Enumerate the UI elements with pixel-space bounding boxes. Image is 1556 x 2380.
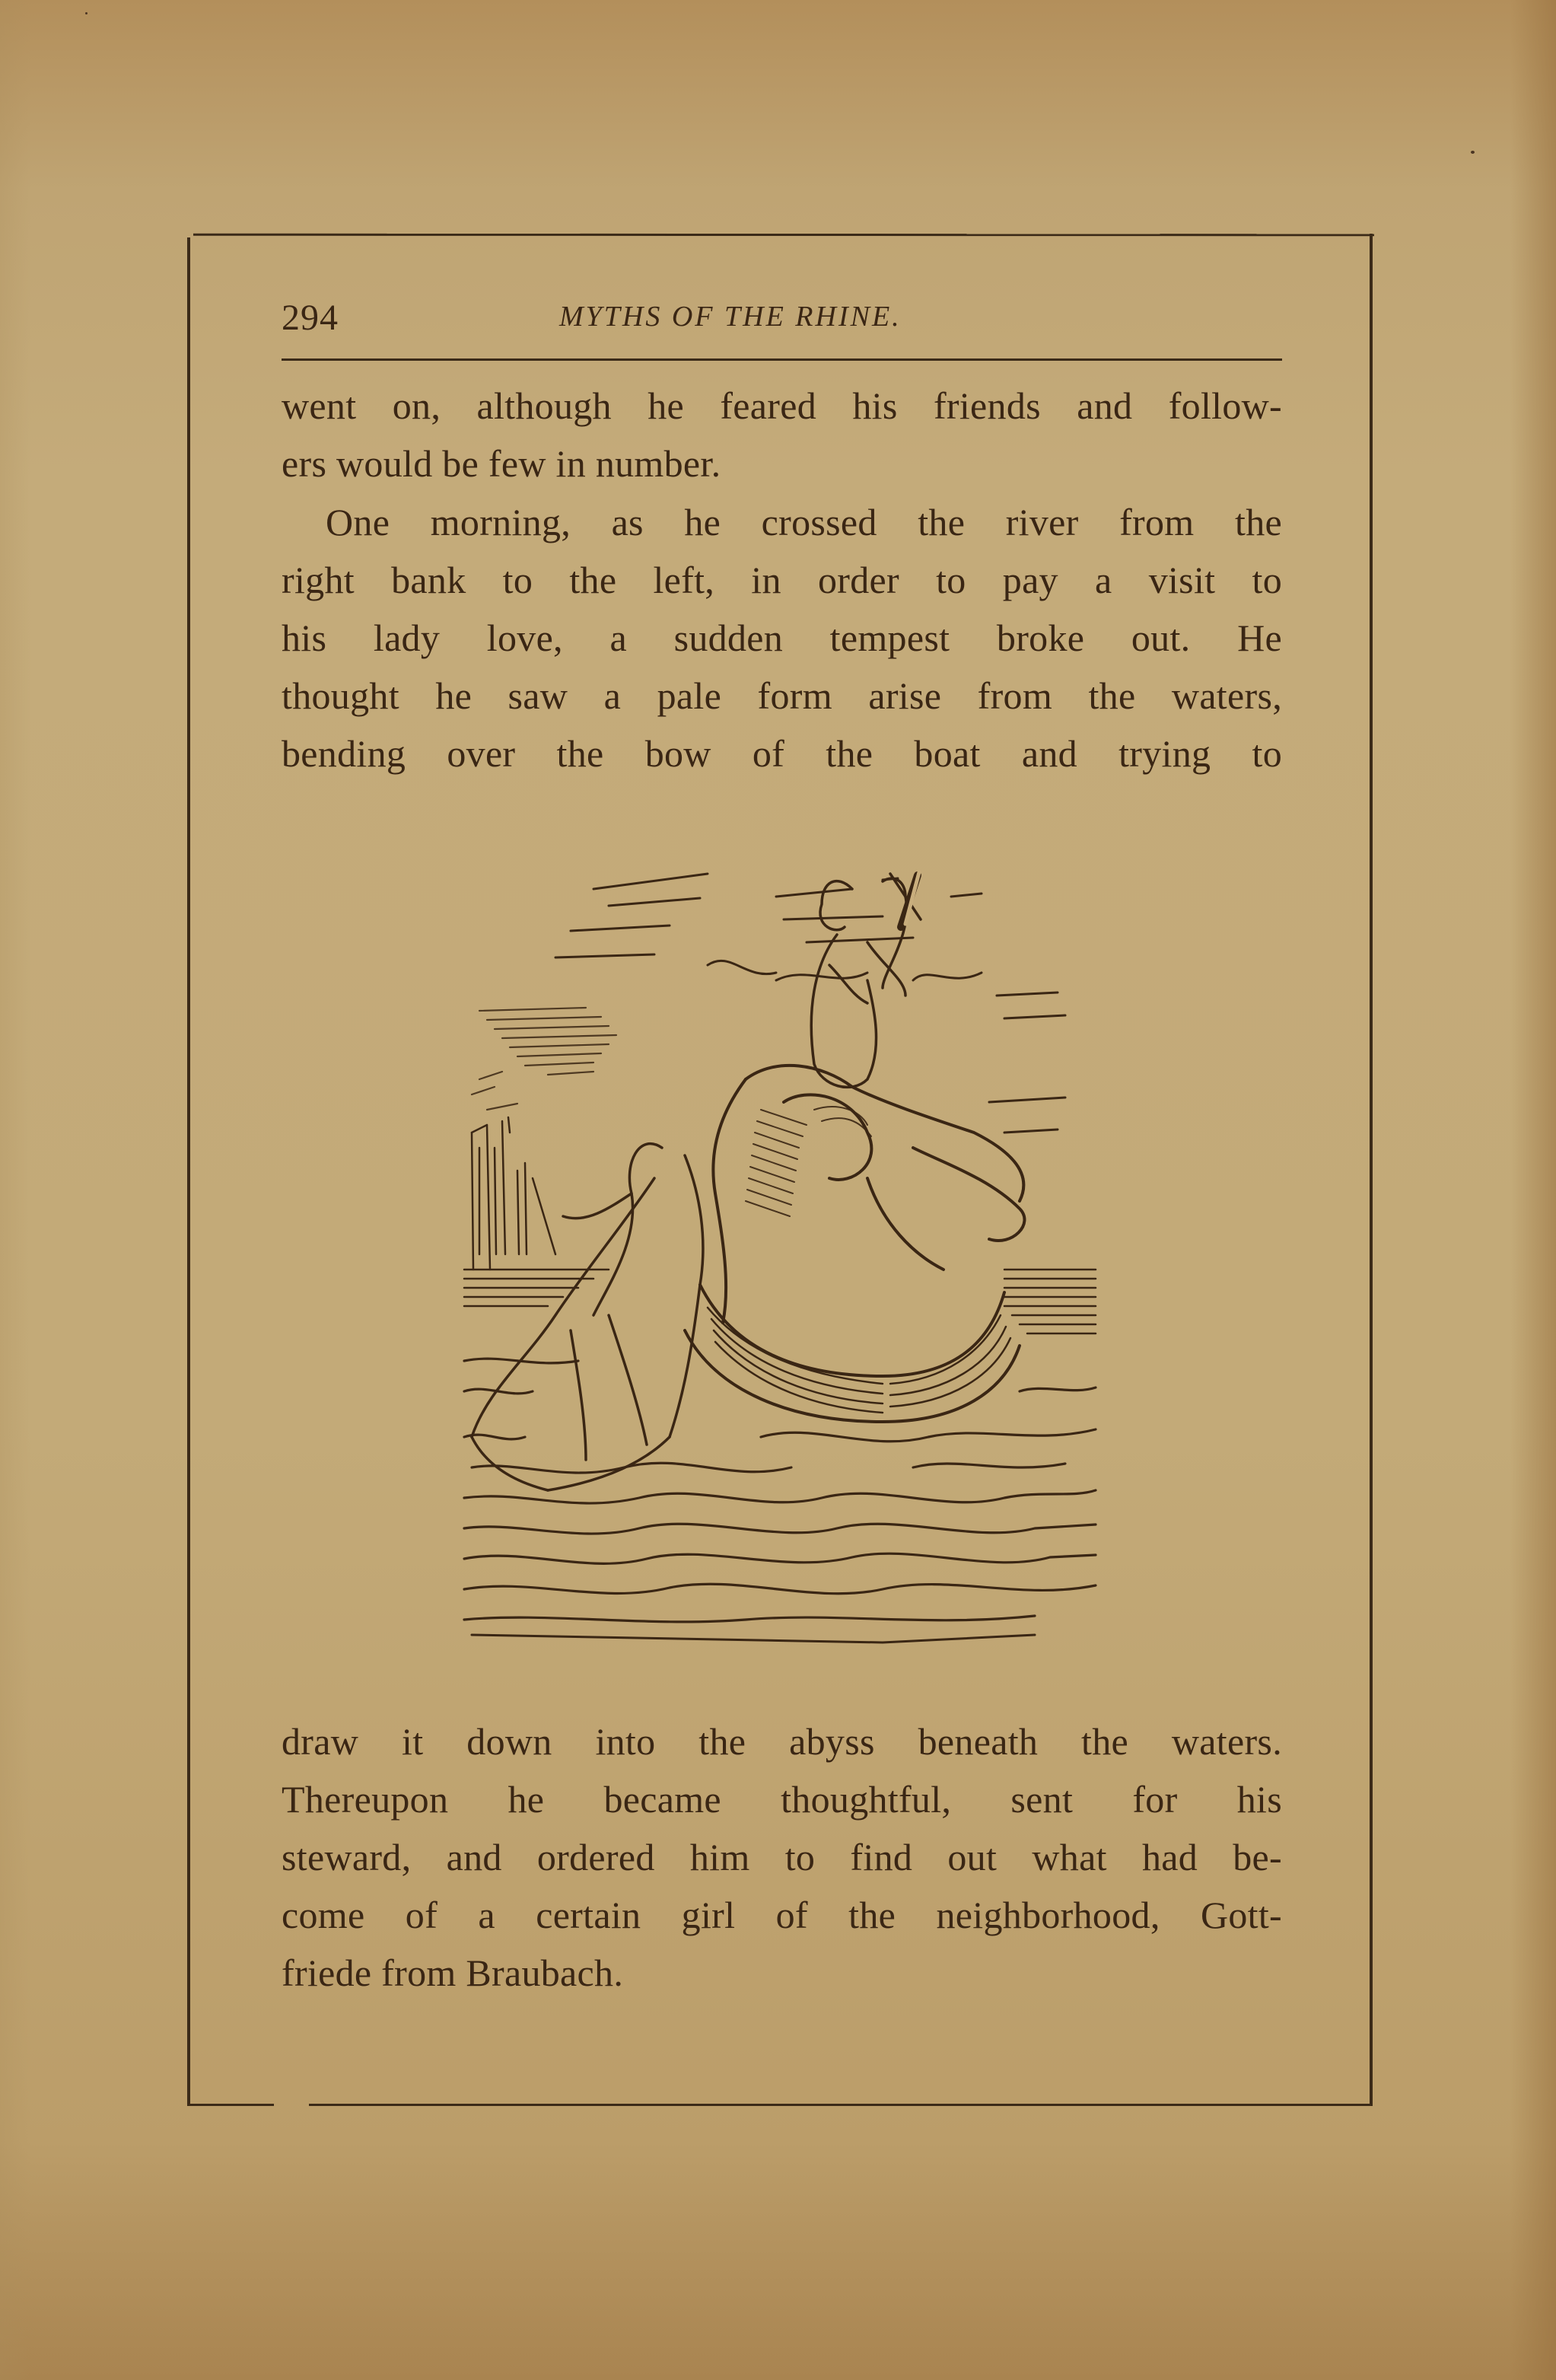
storm-boat-engraving-icon — [457, 859, 1099, 1650]
text-line: went on, although he feared his friends … — [282, 377, 1282, 435]
text-line: thought he saw a pale form arise from th… — [282, 667, 1282, 725]
text-line: friede from Braubach. — [282, 1944, 1282, 2002]
paragraph-continuation: went on, although he feared his friends … — [282, 377, 1282, 492]
page-number: 294 — [282, 297, 339, 339]
paragraph-one-morning: One morning, as he crossed the river fro… — [282, 493, 1282, 782]
frame-border-bottom — [309, 2104, 1373, 2106]
paper-speck — [85, 12, 88, 14]
text-line: ers would be few in number. — [282, 435, 1282, 492]
frame-border-left — [187, 237, 190, 2106]
running-head: 294 MYTHS OF THE RHINE. — [282, 297, 1282, 343]
paper-speck — [1471, 151, 1475, 154]
page-shadow-right — [1510, 0, 1556, 2380]
text-line: right bank to the left, in order to pay … — [282, 551, 1282, 609]
text-line: steward, and ordered him to find out wha… — [282, 1828, 1282, 1886]
text-line: come of a certain girl of the neighborho… — [282, 1886, 1282, 1944]
running-title: MYTHS OF THE RHINE. — [559, 300, 902, 333]
frame-border-right — [1370, 234, 1373, 2104]
text-line: bending over the bow of the boat and try… — [282, 725, 1282, 782]
text-line: Thereupon he became thoughtful, sent for… — [282, 1770, 1282, 1828]
frame-border-bottom — [189, 2104, 274, 2106]
text-line: One morning, as he crossed the river fro… — [282, 493, 1282, 551]
paragraph-after-illustration: draw it down into the abyss beneath the … — [282, 1713, 1282, 2002]
text-line: his lady love, a sudden tempest broke ou… — [282, 609, 1282, 667]
page-shadow-left — [0, 0, 30, 2380]
engraving-illustration — [457, 859, 1099, 1650]
frame-border-top — [193, 234, 1374, 237]
text-line: draw it down into the abyss beneath the … — [282, 1713, 1282, 1770]
header-rule — [282, 358, 1282, 361]
